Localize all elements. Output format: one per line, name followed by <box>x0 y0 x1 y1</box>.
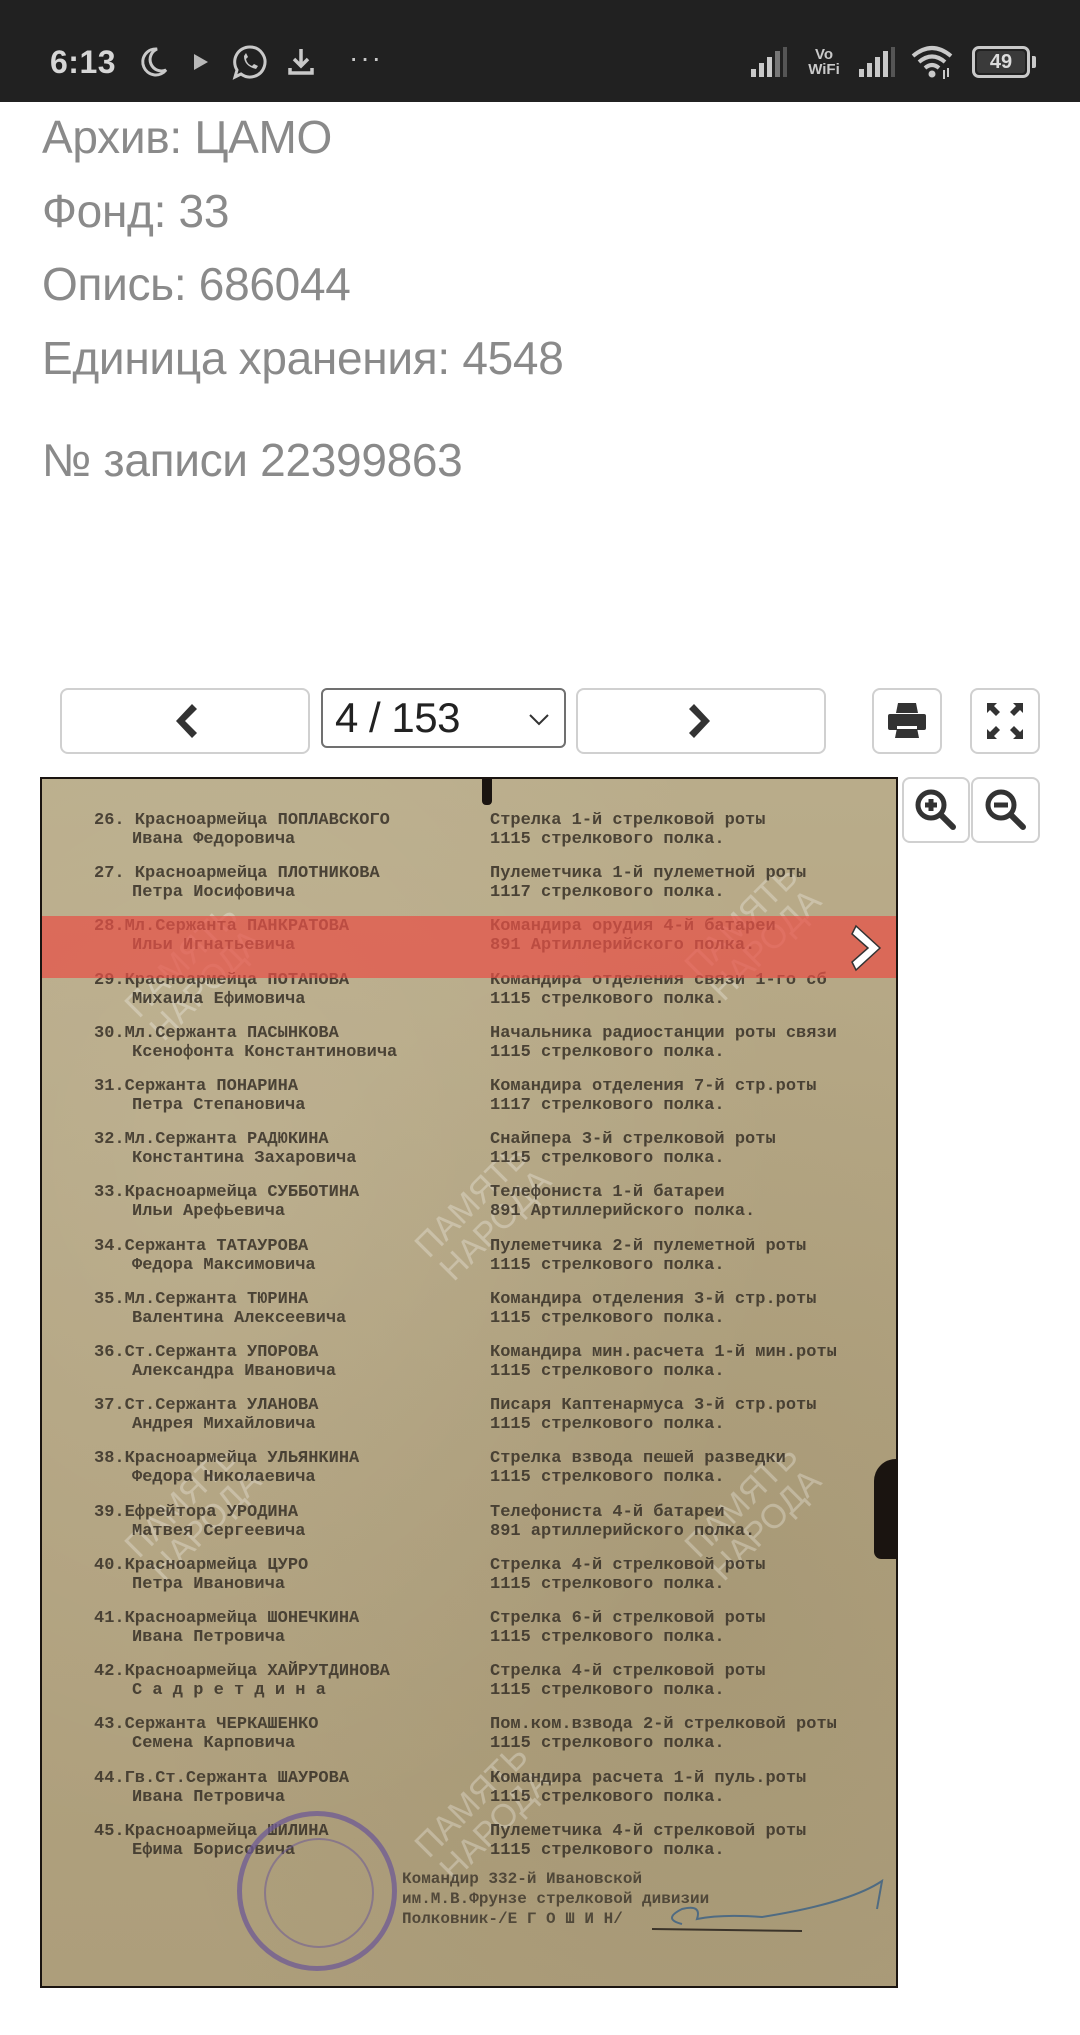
soldier-position: Пулеметчика 4-й стрелковой роты1115 стре… <box>490 1822 890 1860</box>
chevron-left-icon <box>170 702 200 740</box>
zoom-in-button[interactable] <box>902 777 970 843</box>
soldier-position: Пом.ком.взвода 2-й стрелковой роты1115 с… <box>490 1715 890 1753</box>
zoom-in-icon <box>914 788 958 832</box>
opis-label: Опись: 686044 <box>42 257 351 311</box>
play-icon <box>190 44 212 80</box>
document-row: 38.Красноармейца УЛЬЯНКИНАФедора Николае… <box>42 1449 896 1503</box>
archive-label: Архив: ЦАМО <box>42 110 332 164</box>
next-page-button[interactable] <box>576 688 826 754</box>
document-row: 45.Красноармейца ШИЛИНАЕфима БорисовичаП… <box>42 1822 896 1876</box>
document-row: 26. Красноармейца ПОПЛАВСКОГОИвана Федор… <box>42 811 896 865</box>
status-time: 6:13 <box>50 44 116 81</box>
document-row: 44.Гв.Ст.Сержанта ШАУРОВАИвана Петровича… <box>42 1769 896 1823</box>
document-row: 33.Красноармейца СУББОТИНАИльи Арефьевич… <box>42 1183 896 1237</box>
soldier-name: 37.Ст.Сержанта УЛАНОВААндрея Михайловича <box>94 1396 464 1434</box>
record-highlight <box>42 916 896 978</box>
soldier-position: Стрелка 1-й стрелковой роты1115 стрелков… <box>490 811 890 849</box>
document-row: 43.Сержанта ЧЕРКАШЕНКОСемена КарповичаПо… <box>42 1715 896 1769</box>
soldier-position: Телефониста 4-й батареи891 артиллерийско… <box>490 1503 890 1541</box>
soldier-name: 26. Красноармейца ПОПЛАВСКОГОИвана Федор… <box>94 811 464 849</box>
soldier-position: Начальника радиостанции роты связи1115 с… <box>490 1024 890 1062</box>
soldier-position: Телефониста 1-й батареи891 Артиллерийско… <box>490 1183 890 1221</box>
soldier-position: Пулеметчика 2-й пулеметной роты1115 стре… <box>490 1237 890 1275</box>
soldier-name: 33.Красноармейца СУББОТИНАИльи Арефьевич… <box>94 1183 464 1221</box>
signal-icon <box>748 44 790 80</box>
soldier-position: Командира мин.расчета 1-й мин.роты1115 с… <box>490 1343 890 1381</box>
print-button[interactable] <box>872 688 942 754</box>
status-bar: 6:13 ··· Vo WiFi 49 <box>0 0 1080 102</box>
document-row: 30.Мл.Сержанта ПАСЫНКОВАКсенофонта Конст… <box>42 1024 896 1078</box>
soldier-position: Стрелка взвода пешей разведки1115 стрелк… <box>490 1449 890 1487</box>
moon-icon <box>136 44 172 80</box>
document-row: 42.Красноармейца ХАЙРУТДИНОВАС а д р е т… <box>42 1662 896 1716</box>
document-row: 36.Ст.Сержанта УПОРОВААлександра Иванови… <box>42 1343 896 1397</box>
chevron-right-icon[interactable] <box>850 924 884 972</box>
zoom-out-button[interactable] <box>971 777 1040 843</box>
soldier-name: 44.Гв.Ст.Сержанта ШАУРОВАИвана Петровича <box>94 1769 464 1807</box>
soldier-position: Снайпера 3-й стрелковой роты1115 стрелко… <box>490 1130 890 1168</box>
battery-level: 49 <box>977 51 1025 73</box>
vowifi-indicator: Vo WiFi <box>804 44 844 80</box>
more-dots-icon: ··· <box>344 40 388 76</box>
soldier-name: 31.Сержанта ПОНАРИНАПетра Степановича <box>94 1077 464 1115</box>
document-scan-image[interactable]: ПАМЯТЬНАРОДА ПАМЯТЬНАРОДА ПАМЯТЬНАРОДА П… <box>40 777 898 1988</box>
chevron-right-icon <box>686 702 716 740</box>
soldier-name: 35.Мл.Сержанта ТЮРИНАВалентина Алексееви… <box>94 1290 464 1328</box>
soldier-position: Командира расчета 1-й пуль.роты1115 стре… <box>490 1769 890 1807</box>
soldier-name: 27. Красноармейца ПЛОТНИКОВАПетра Иосифо… <box>94 864 464 902</box>
document-row: 41.Красноармейца ШОНЕЧКИНАИвана Петрович… <box>42 1609 896 1663</box>
soldier-position: Командира отделения 7-й стр.роты1117 стр… <box>490 1077 890 1115</box>
print-icon <box>886 700 928 742</box>
document-row: 32.Мл.Сержанта РАДЮКИНАКонстантина Захар… <box>42 1130 896 1184</box>
fond-label: Фонд: 33 <box>42 184 229 238</box>
chevron-down-icon <box>526 706 552 732</box>
soldier-name: 40.Красноармейца ЦУРОПетра Ивановича <box>94 1556 464 1594</box>
soldier-name: 39.Ефрейтора УРОДИНАМатвея Сергеевича <box>94 1503 464 1541</box>
soldier-name: 34.Сержанта ТАТАУРОВАФедора Максимовича <box>94 1237 464 1275</box>
document-row: 34.Сержанта ТАТАУРОВАФедора МаксимовичаП… <box>42 1237 896 1291</box>
soldier-position: Командира отделения 3-й стр.роты1115 стр… <box>490 1290 890 1328</box>
soldier-position: Стрелка 6-й стрелковой роты1115 стрелков… <box>490 1609 890 1647</box>
soldier-name: 32.Мл.Сержанта РАДЮКИНАКонстантина Захар… <box>94 1130 464 1168</box>
wifi-icon <box>908 44 956 80</box>
page-select[interactable]: 4 / 153 <box>321 688 566 748</box>
storage-unit-label: Единица хранения: 4548 <box>42 331 563 385</box>
document-row: 35.Мл.Сержанта ТЮРИНАВалентина Алексееви… <box>42 1290 896 1344</box>
battery-icon: 49 <box>968 44 1040 80</box>
fullscreen-icon <box>984 700 1026 742</box>
soldier-name: 30.Мл.Сержанта ПАСЫНКОВАКсенофонта Конст… <box>94 1024 464 1062</box>
signature <box>642 1879 892 1939</box>
fullscreen-button[interactable] <box>970 688 1040 754</box>
document-row: 29.Красноармейца ПОТАПОВАМихаила Ефимови… <box>42 971 896 1025</box>
stamp <box>237 1811 397 1971</box>
previous-page-button[interactable] <box>60 688 310 754</box>
soldier-name: 42.Красноармейца ХАЙРУТДИНОВАС а д р е т… <box>94 1662 464 1700</box>
document-row: 40.Красноармейца ЦУРОПетра ИвановичаСтре… <box>42 1556 896 1610</box>
soldier-name: 36.Ст.Сержанта УПОРОВААлександра Иванови… <box>94 1343 464 1381</box>
soldier-name: 43.Сержанта ЧЕРКАШЕНКОСемена Карповича <box>94 1715 464 1753</box>
download-icon <box>284 44 318 80</box>
soldier-position: Писаря Каптенармуса 3-й стр.роты1115 стр… <box>490 1396 890 1434</box>
document-row: 27. Красноармейца ПЛОТНИКОВАПетра Иосифо… <box>42 864 896 918</box>
soldier-name: 41.Красноармейца ШОНЕЧКИНАИвана Петрович… <box>94 1609 464 1647</box>
document-row: 31.Сержанта ПОНАРИНАПетра СтепановичаКом… <box>42 1077 896 1131</box>
whatsapp-icon <box>230 44 270 80</box>
soldier-position: Стрелка 4-й стрелковой роты1115 стрелков… <box>490 1662 890 1700</box>
soldier-position: Стрелка 4-й стрелковой роты1115 стрелков… <box>490 1556 890 1594</box>
zoom-out-icon <box>984 788 1028 832</box>
soldier-name: 38.Красноармейца УЛЬЯНКИНАФедора Николае… <box>94 1449 464 1487</box>
signal-icon-2 <box>856 44 898 80</box>
soldier-position: Пулеметчика 1-й пулеметной роты1117 стре… <box>490 864 890 902</box>
document-row: 37.Ст.Сержанта УЛАНОВААндрея Михайловича… <box>42 1396 896 1450</box>
document-row: 39.Ефрейтора УРОДИНАМатвея СергеевичаТел… <box>42 1503 896 1557</box>
page-select-value: 4 / 153 <box>335 694 460 742</box>
record-number-label: № записи 22399863 <box>42 433 462 487</box>
